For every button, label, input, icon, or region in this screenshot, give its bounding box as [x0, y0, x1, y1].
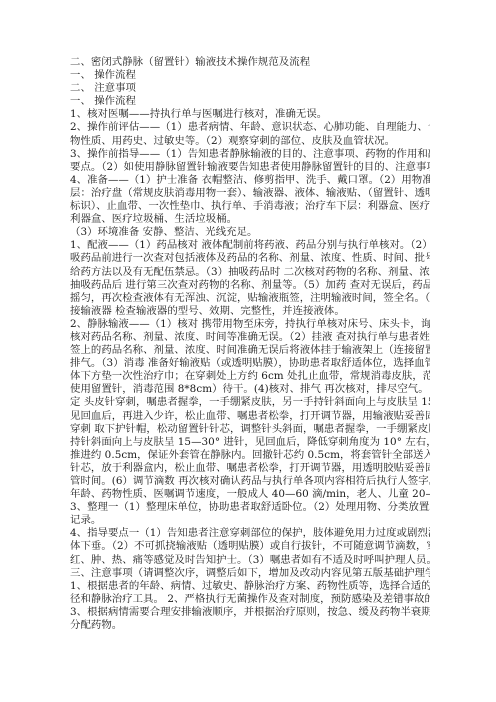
text-line: 持针斜面向上与皮肤呈 15—30° 进针，见回血后，降低穿刺角度为 10° 左右…: [70, 436, 430, 449]
text-line: 核对药品名称、剂量、浓度、时间等准确无误。（2）挂液 查对执行单与患者姓名、液体…: [70, 331, 430, 344]
text-line: 红、肿、热、痛等感觉及时告知护士。（3）嘱患者如有不适及时呼叫护理人员。: [70, 554, 430, 567]
text-line: 体下方垫一次性治疗巾；在穿刺处上方约 6cm 处扎止血带，常规消毒皮肤，范围 5…: [70, 370, 430, 383]
text-line: 签上的药品名称、剂量、浓度、时间准确无误后将液体挂于输液架上（连接留置针），初次: [70, 344, 430, 357]
text-line: 一、 操作流程: [70, 69, 430, 82]
text-line: 径和静脉治疗工具。 2、严格执行无菌操作及查对制度，预防感染及差错事故的发生。: [70, 593, 430, 606]
text-line: 穿刺 取下护针帽，松动留置针针芯，调整针头斜面，嘱患者握拳，一手绷紧皮肤，另一手: [70, 423, 430, 436]
text-line: 分配药物。: [70, 619, 430, 632]
text-line: 定 头皮针穿刺，嘱患者握拳，一手绷紧皮肤，另一手持针斜面向上与皮肤呈 15—30…: [70, 396, 430, 409]
text-line: 4、指导要点一（1）告知患者注意穿刺部位的保护，肢体避免用力过度或剧烈活动，避免…: [70, 527, 430, 540]
text-line: 针芯，放于利器盒内，松止血带、嘱患者松拳，打开调节器，用透明胶贴妥善固定，注明置: [70, 462, 430, 475]
text-line: 吸药品前进行一次查对包括液体及药品的名称、剂量、浓度、性质、时间、批号、有效期、: [70, 252, 430, 265]
text-line: 2、操作前评估——（1）患者病情、年龄、意识状态、心肺功能、自理能力、合作程度、…: [70, 121, 430, 134]
text-line: 三、注意事项（请调整次序，调整后如下，增加及改动内容见第五版基础护理学）: [70, 567, 430, 580]
text-line: 物性质、用药史、过敏史等。（2）观察穿刺的部位、皮肤及血管状况。: [70, 135, 430, 148]
text-line: 推进约 0.5cm，保证外套管在静脉内。回撤针芯约 0.5cm，将套管针全部送入…: [70, 449, 430, 462]
text-line: 排气。（3）消毒 准备好输液贴（或透明贴膜），协助患者取舒适体位，选择血管，在穿…: [70, 357, 430, 370]
text-line: 年龄、药物性质、医嘱调节速度，一般成人 40—60 滴/min，老人、儿童 20…: [70, 488, 430, 501]
text-line: （3）环境准备 安静、整洁、光线充足。: [70, 226, 430, 239]
text-line: 4、准备——（1）护士准备 衣帽整洁、修剪指甲、洗手、戴口罩。（2）用物准备 治…: [70, 174, 430, 187]
text-line: 摇匀，再次检查液体有无浑浊、沉淀，贴输液瓶签，注明输液时间，签全名。（6）查对并…: [70, 292, 430, 305]
text-line: 记录。: [70, 514, 430, 527]
text-line: 使用留置针，消毒范围 8*8cm）待干。(4)核对、排气 再次核对，排尽空气。（…: [70, 383, 430, 396]
text-line: 利器盒、医疗垃圾桶、生活垃圾桶。: [70, 213, 430, 226]
text-line: 接输液器 检查输液器的型号、效期、完整性，并连接液体。: [70, 305, 430, 318]
text-line: 二、 注意事项: [70, 82, 430, 95]
text-line: 标识）、止血带、一次性垫巾、执行单、手消毒液；治疗车下层：利器盒、医疗垃圾、（*…: [70, 200, 430, 213]
text-line: 抽吸药品后 进行第三次查对药物的名称、剂量等。（5）加药 查对无误后，药品加入液…: [70, 279, 430, 292]
text-line: 1、核对医嘱——持执行单与医嘱进行核对，准确无误。: [70, 108, 430, 121]
text-line: 2、静脉输液——（1）核对 携带用物至床旁，持执行单核对床号、床头卡，询问患者姓…: [70, 318, 430, 331]
text-line: 要点。（2）如使用静脉留置针输液要告知患者使用静脉留置针的目的、注意事项及配合要…: [70, 161, 430, 174]
text-line: 层：治疗盘（常规皮肤消毒用物一套）、输液器、液体、输液贴、（留置针、透明贴膜、管…: [70, 187, 430, 200]
document-page: 二、密闭式静脉（留置针）输液技术操作规范及流程一、 操作流程二、 注意事项一、 …: [70, 56, 430, 632]
text-line: 管时间。(6）调节滴数 再次核对确认药品与执行单各项内容相符后执行人签字。根据病…: [70, 475, 430, 488]
text-line: 1、根据患者的年龄、病情、过敏史、静脉治疗方案、药物性质等，选择合适的静脉治疗途: [70, 580, 430, 593]
text-line: 3、操作前指导——（1）告知患者静脉输液的目的、注意事项、药物的作用和副作用及配…: [70, 148, 430, 161]
text-line: 1、配液——（1）药品核对 液体配制前将药液、药品分别与执行单核对。（2）抽吸药…: [70, 239, 430, 252]
text-line: 二、密闭式静脉（留置针）输液技术操作规范及流程: [70, 56, 430, 69]
text-line: 一、 操作流程: [70, 95, 430, 108]
text-line: 见回血后，再进入少许，松止血带、嘱患者松拳，打开调节器，用输液贴妥善固定。留置针: [70, 410, 430, 423]
text-line: 体下垂。（2）不可抓挠输液贴（透明贴膜）或自行拔针，不可随意调节滴数，穿刺部位如…: [70, 540, 430, 553]
text-line: 3、根据病情需要合理安排输液顺序，并根据治疗原则，按急、缓及药物半衰期等情况合理: [70, 606, 430, 619]
text-line: 3、整理一（1）整理床单位，协助患者取舒适卧位。（2）处理用物、分类放置。（3）…: [70, 501, 430, 514]
text-line: 给药方法以及有无配伍禁忌。（3）抽吸药品时 二次核对药物的名称、剂量、浓度等。（…: [70, 266, 430, 279]
